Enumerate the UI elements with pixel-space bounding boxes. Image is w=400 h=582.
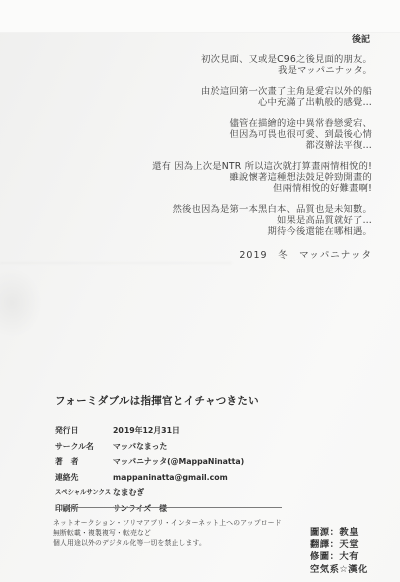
row-value: mappaninatta@gmail.com bbox=[113, 470, 365, 486]
colophon-row-contact: 連絡先 mappaninatta@gmail.com bbox=[55, 470, 365, 486]
afterword-paragraph: 還有 因為上次是NTR 所以這次就打算畫兩情相悅的! 雖說懷著這種想法鼓足幹勁開… bbox=[42, 161, 372, 194]
row-label: 印刷所 bbox=[55, 501, 113, 517]
afterword-line: 但因為可畏也很可愛、到最後心情 bbox=[42, 129, 372, 140]
afterword-line: 還有 因為上次是NTR 所以這次就打算畫兩情相悅的! bbox=[42, 161, 372, 172]
row-value: マッパなまった bbox=[113, 439, 365, 455]
book-title: フォーミダブルは指揮官とイチャつきたい bbox=[55, 393, 365, 408]
scan-smudge bbox=[0, 268, 42, 338]
row-value: なまむぎ bbox=[113, 485, 365, 501]
scanned-afterword-page: 後記 初次見面、又或是C96之後見面的朋友。 我是マッパニナッタ。 由於這回第一… bbox=[0, 0, 400, 582]
afterword-line: 初次見面、又或是C96之後見面的朋友。 bbox=[42, 54, 372, 65]
afterword-line: 如果是高品質就好了… bbox=[42, 215, 372, 226]
afterword-title: 後記 bbox=[42, 32, 370, 45]
notice-line: ネットオークション・フリマアプリ・インターネット上へのアップロード bbox=[53, 519, 282, 529]
row-value: サンライズ 様 bbox=[113, 501, 365, 517]
credit-line-source: 圖源：教皇 bbox=[310, 527, 368, 539]
afterword-paragraph: 然後也因為是第一本黑白本、品質也是未知數。 如果是高品質就好了… 期待今後還能在… bbox=[42, 204, 372, 237]
afterword-line: 期待今後還能在哪相遇。 bbox=[42, 226, 372, 237]
row-value: マッパニナッタ(@MappaNinatta) bbox=[113, 454, 365, 470]
afterword-line: 由於這回第一次畫了主角是愛宕以外的船 bbox=[42, 86, 372, 97]
notice-line: 無断転載・複製複写・転売など bbox=[53, 529, 282, 539]
row-label: スペシャルサンクス bbox=[55, 485, 113, 501]
colophon-row-printer: 印刷所 サンライズ 様 bbox=[55, 501, 365, 517]
colophon-row-publish-date: 発行日 2019年12月31日 bbox=[55, 423, 365, 439]
notice-line: 個人用途以外のデジタル化等一切を禁止します。 bbox=[53, 539, 282, 549]
colophon-row-special-thanks: スペシャルサンクス なまむぎ bbox=[55, 485, 365, 501]
colophon-divider bbox=[64, 507, 282, 508]
afterword-signoff: 2019 冬 マッパニナッタ bbox=[42, 247, 372, 261]
prohibition-notice: ネットオークション・フリマアプリ・インターネット上へのアップロード 無断転載・複… bbox=[53, 519, 282, 548]
row-label: サークル名 bbox=[55, 439, 113, 455]
credit-line-group: 空気系☆漢化 bbox=[310, 564, 368, 576]
colophon-row-author: 著 者 マッパニナッタ(@MappaNinatta) bbox=[55, 454, 365, 470]
colophon-row-circle-name: サークル名 マッパなまった bbox=[55, 439, 365, 455]
afterword-line: 心中充滿了出軌般的感覺… bbox=[42, 97, 372, 108]
row-label: 発行日 bbox=[55, 423, 113, 439]
scan-fold-line bbox=[0, 262, 232, 264]
afterword-line: 然後也因為是第一本黑白本、品質也是未知數。 bbox=[42, 204, 372, 215]
afterword-line: 但兩情相悅的好難畫啊! bbox=[42, 183, 372, 194]
afterword-paragraph: 初次見面、又或是C96之後見面的朋友。 我是マッパニナッタ。 bbox=[42, 54, 372, 76]
afterword-paragraph: 儘管在描繪的途中異常眷戀愛宕、 但因為可畏也很可愛、到最後心情 都沒辦法平復… bbox=[42, 118, 372, 151]
afterword-paragraph: 由於這回第一次畫了主角是愛宕以外的船 心中充滿了出軌般的感覺… bbox=[42, 86, 372, 108]
row-label: 著 者 bbox=[55, 454, 113, 470]
credit-line-translator: 翻譯：天堂 bbox=[310, 539, 368, 551]
credit-line-editor: 修圖：大有 bbox=[310, 551, 368, 563]
row-label: 連絡先 bbox=[55, 470, 113, 486]
afterword-line: 儘管在描繪的途中異常眷戀愛宕、 bbox=[42, 118, 372, 129]
afterword-line: 我是マッパニナッタ。 bbox=[42, 65, 372, 76]
row-value: 2019年12月31日 bbox=[113, 423, 365, 439]
afterword-line: 都沒辦法平復… bbox=[42, 140, 372, 151]
afterword-line: 雖說懷著這種想法鼓足幹勁開畫的 bbox=[42, 172, 372, 183]
afterword-section: 後記 初次見面、又或是C96之後見面的朋友。 我是マッパニナッタ。 由於這回第一… bbox=[42, 32, 372, 261]
scan-edge-shading bbox=[0, 0, 400, 33]
translation-credits: 圖源：教皇 翻譯：天堂 修圖：大有 空気系☆漢化 bbox=[310, 527, 368, 576]
colophon-section: フォーミダブルは指揮官とイチャつきたい 発行日 2019年12月31日 サークル… bbox=[55, 393, 365, 516]
